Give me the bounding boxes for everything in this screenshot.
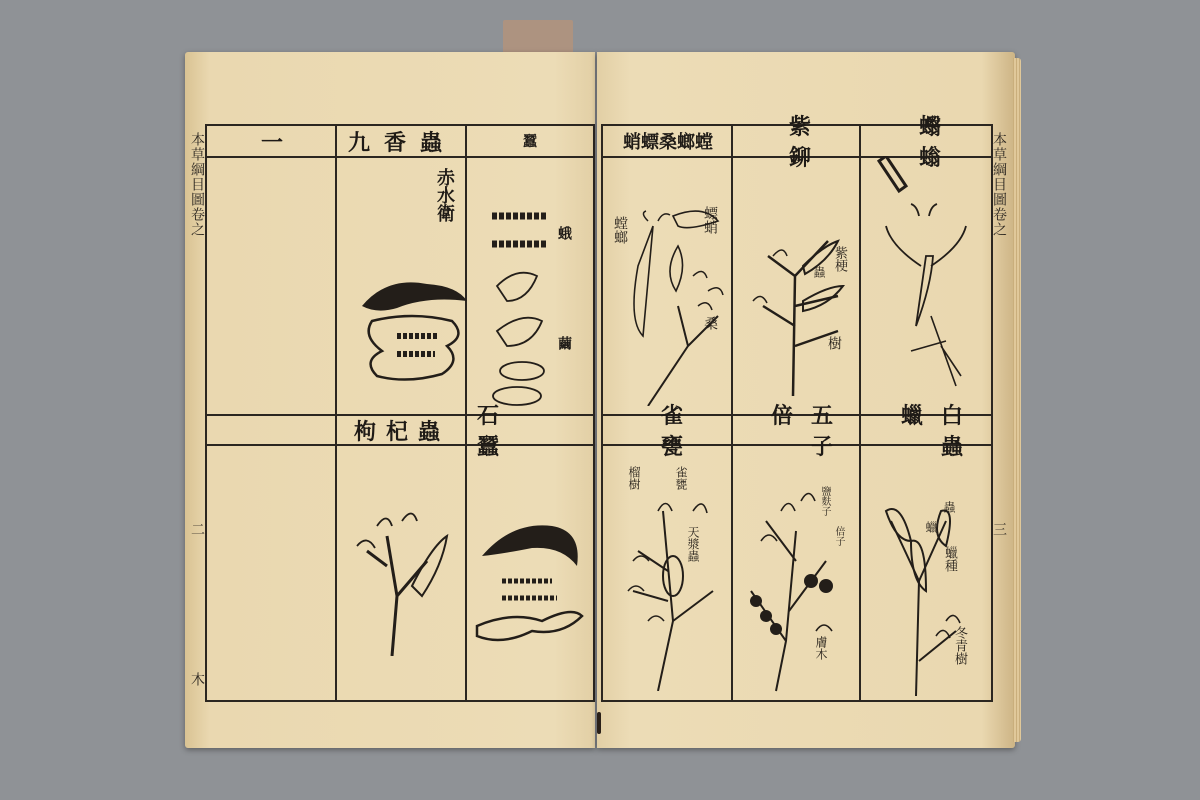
header-wubeizi: 五倍子	[733, 416, 861, 446]
header-bailachong: 白蠟蟲	[861, 416, 991, 446]
right-page: 本草綱目圖卷之 三 螳螂桑螵蛸 紫鉚 蠮螉 雀甕 五倍子 白蠟蟲 螳螂 螵蛸 桑…	[597, 52, 1015, 748]
header-title: 枸杞蟲	[354, 415, 450, 446]
shican-illustration	[472, 506, 592, 666]
header-title: 一	[261, 126, 283, 157]
wasp-illustration	[871, 156, 986, 406]
left-page-edge-bottom: 木	[187, 672, 207, 687]
left-page-mark: 二	[187, 522, 207, 537]
header-title: 紫鉚	[743, 110, 851, 172]
header-title: 蠶	[523, 131, 537, 151]
right-print-frame: 螳螂桑螵蛸 紫鉚 蠮螉 雀甕 五倍子 白蠟蟲 螳螂 螵蛸 桑 紫梗 蟲 樹 榴樹…	[601, 124, 993, 702]
open-book: 本草綱目圖卷之 二 木 一 九香蟲 蠶 枸杞蟲 石蠶 赤水衛 蛾 繭	[185, 52, 1020, 748]
header-title: 螳螂桑螵蛸	[623, 128, 713, 154]
left-page-edge-title: 本草綱目圖卷之	[187, 132, 207, 237]
header-title: 石蠶	[477, 399, 583, 461]
lac-tree-illustration	[743, 226, 853, 396]
left-col-1	[207, 126, 337, 700]
silkworm-illustration	[482, 206, 562, 406]
header-yeweng: 蠮螉	[861, 126, 991, 158]
left-page: 本草綱目圖卷之 二 木 一 九香蟲 蠶 枸杞蟲 石蠶 赤水衛 蛾 繭	[185, 52, 595, 748]
header-queweng: 雀甕	[603, 416, 733, 446]
queweng-illustration	[618, 481, 728, 691]
header-can: 蠶	[467, 126, 593, 158]
header-shican: 石蠶	[467, 416, 593, 446]
header-title: 五倍子	[743, 399, 851, 461]
header-title: 白蠟蟲	[871, 399, 981, 461]
header-tanglang: 螳螂桑螵蛸	[603, 126, 733, 158]
gouqi-branch-illustration	[352, 486, 462, 656]
bailachong-illustration	[871, 481, 971, 696]
header-cell	[207, 416, 337, 446]
header-jiuxiangchong: 九香蟲	[337, 126, 467, 158]
header-title: 九香蟲	[348, 126, 456, 157]
left-print-frame: 一 九香蟲 蠶 枸杞蟲 石蠶 赤水衛 蛾 繭	[205, 124, 595, 702]
label-chishuiwei: 赤水衛	[435, 168, 453, 222]
header-cell: 一	[207, 126, 337, 158]
header-gouqichong: 枸杞蟲	[337, 416, 467, 446]
wubeizi-illustration	[741, 481, 851, 696]
header-zikuang: 紫鉚	[733, 126, 861, 158]
binding-notch	[597, 712, 601, 734]
mantis-illustration	[618, 206, 728, 406]
header-title: 雀甕	[613, 399, 723, 461]
page-fore-edge	[1013, 58, 1021, 742]
bug-rock-illustration	[357, 266, 472, 386]
